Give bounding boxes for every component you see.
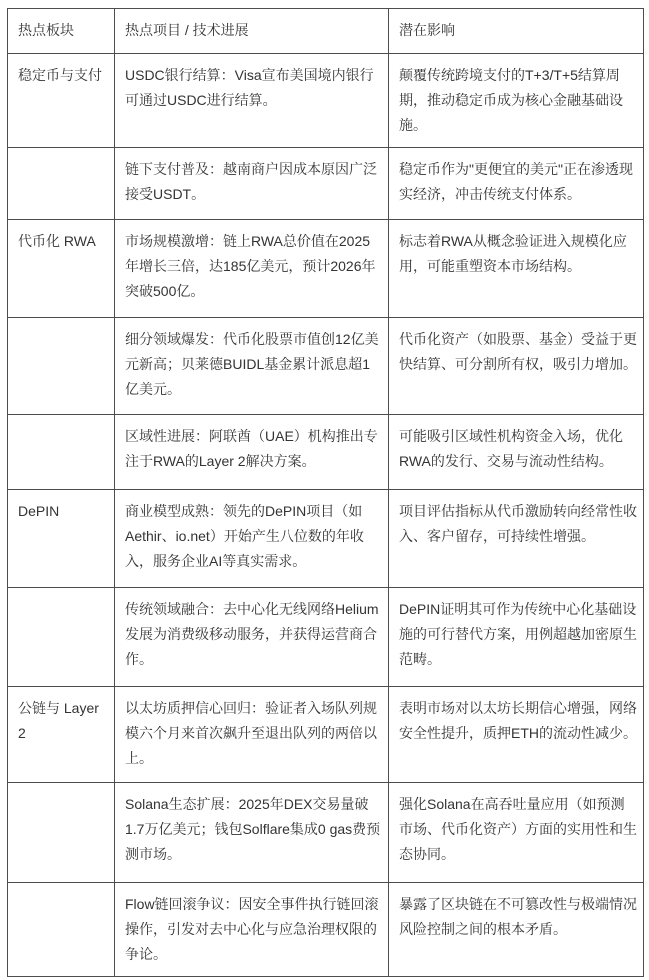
impact-cell: 表明市场对以太坊长期信心增强，网络安全性提升，质押ETH的流动性减少。 — [389, 687, 644, 783]
sector-cell: 稳定币与支付 — [8, 54, 115, 148]
impact-cell: 颠覆传统跨境支付的T+3/T+5结算周期，推动稳定币成为核心金融基础设施。 — [389, 54, 644, 148]
header-cell-impact: 潜在影响 — [389, 9, 644, 54]
sector-cell: 代币化 RWA — [8, 220, 115, 318]
impact-cell: 暴露了区块链在不可篡改性与极端情况风险控制之间的根本矛盾。 — [389, 883, 644, 977]
header-cell-sector: 热点板块 — [8, 9, 115, 54]
table-row: 区域性进展：阿联酋（UAE）机构推出专注于RWA的Layer 2解决方案。可能吸… — [8, 415, 644, 490]
table-row: 稳定币与支付USDC银行结算：Visa宣布美国境内银行可通过USDC进行结算。颠… — [8, 54, 644, 148]
table-body: 稳定币与支付USDC银行结算：Visa宣布美国境内银行可通过USDC进行结算。颠… — [8, 54, 644, 977]
sector-cell — [8, 148, 115, 220]
sector-cell — [8, 588, 115, 687]
sector-cell: DePIN — [8, 490, 115, 588]
impact-cell: 强化Solana在高吞吐量应用（如预测市场、代币化资产）方面的实用性和生态协同。 — [389, 783, 644, 883]
table-row: DePIN商业模型成熟：领先的DePIN项目（如Aethir、io.net）开始… — [8, 490, 644, 588]
table-row: Solana生态扩展：2025年DEX交易量破1.7万亿美元；钱包Solflar… — [8, 783, 644, 883]
table-row: 链下支付普及：越南商户因成本原因广泛接受USDT。稳定币作为"更便宜的美元"正在… — [8, 148, 644, 220]
header-cell-item: 热点项目 / 技术进展 — [115, 9, 389, 54]
impact-cell: 可能吸引区域性机构资金入场，优化RWA的发行、交易与流动性结构。 — [389, 415, 644, 490]
impact-cell: 标志着RWA从概念验证进入规模化应用，可能重塑资本市场结构。 — [389, 220, 644, 318]
table-row: Flow链回滚争议：因安全事件执行链回滚操作，引发对去中心化与应急治理权限的争论… — [8, 883, 644, 977]
hotspots-table: 热点板块 热点项目 / 技术进展 潜在影响 稳定币与支付USDC银行结算：Vis… — [7, 8, 644, 977]
header-row: 热点板块 热点项目 / 技术进展 潜在影响 — [8, 9, 644, 54]
table-row: 细分领域爆发：代币化股票市值创12亿美元新高；贝莱德BUIDL基金累计派息超1亿… — [8, 318, 644, 415]
item-cell: 商业模型成熟：领先的DePIN项目（如Aethir、io.net）开始产生八位数… — [115, 490, 389, 588]
table-wrapper: 热点板块 热点项目 / 技术进展 潜在影响 稳定币与支付USDC银行结算：Vis… — [0, 0, 649, 980]
item-cell: 细分领域爆发：代币化股票市值创12亿美元新高；贝莱德BUIDL基金累计派息超1亿… — [115, 318, 389, 415]
sector-cell — [8, 783, 115, 883]
item-cell: 链下支付普及：越南商户因成本原因广泛接受USDT。 — [115, 148, 389, 220]
table-row: 代币化 RWA市场规模激增：链上RWA总价值在2025年增长三倍，达185亿美元… — [8, 220, 644, 318]
item-cell: Solana生态扩展：2025年DEX交易量破1.7万亿美元；钱包Solflar… — [115, 783, 389, 883]
item-cell: Flow链回滚争议：因安全事件执行链回滚操作，引发对去中心化与应急治理权限的争论… — [115, 883, 389, 977]
item-cell: USDC银行结算：Visa宣布美国境内银行可通过USDC进行结算。 — [115, 54, 389, 148]
table-row: 公链与 Layer 2以太坊质押信心回归：验证者入场队列规模六个月来首次飙升至退… — [8, 687, 644, 783]
impact-cell: DePIN证明其可作为传统中心化基础设施的可行替代方案，用例超越加密原生范畴。 — [389, 588, 644, 687]
impact-cell: 代币化资产（如股票、基金）受益于更快结算、可分割所有权，吸引力增加。 — [389, 318, 644, 415]
table-row: 传统领域融合：去中心化无线网络Helium发展为消费级移动服务，并获得运营商合作… — [8, 588, 644, 687]
item-cell: 市场规模激增：链上RWA总价值在2025年增长三倍，达185亿美元，预计2026… — [115, 220, 389, 318]
impact-cell: 稳定币作为"更便宜的美元"正在渗透现实经济，冲击传统支付体系。 — [389, 148, 644, 220]
impact-cell: 项目评估指标从代币激励转向经常性收入、客户留存，可持续性增强。 — [389, 490, 644, 588]
item-cell: 区域性进展：阿联酋（UAE）机构推出专注于RWA的Layer 2解决方案。 — [115, 415, 389, 490]
item-cell: 传统领域融合：去中心化无线网络Helium发展为消费级移动服务，并获得运营商合作… — [115, 588, 389, 687]
sector-cell: 公链与 Layer 2 — [8, 687, 115, 783]
sector-cell — [8, 883, 115, 977]
sector-cell — [8, 318, 115, 415]
sector-cell — [8, 415, 115, 490]
item-cell: 以太坊质押信心回归：验证者入场队列规模六个月来首次飙升至退出队列的两倍以上。 — [115, 687, 389, 783]
